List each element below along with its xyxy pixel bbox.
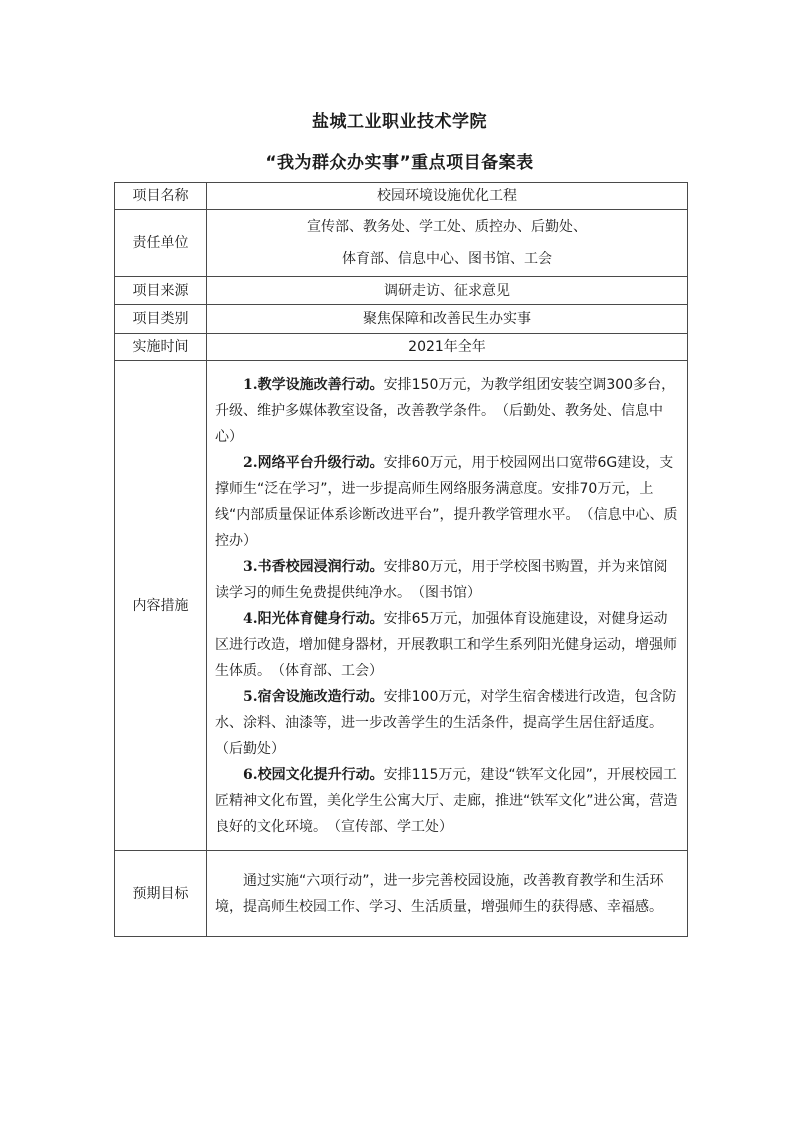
value-line: 调研走访、征求意见 xyxy=(207,278,687,304)
row-value: 宣传部、教务处、学工处、质控办、后勤处、 体育部、信息中心、图书馆、工会 xyxy=(207,210,688,277)
value-line: 校园环境设施优化工程 xyxy=(207,183,687,209)
table-row-implementation-time: 实施时间 2021年全年 xyxy=(115,334,688,361)
row-value: 聚焦保障和改善民生办实事 xyxy=(207,305,688,334)
table-row-expected-goal: 预期目标 通过实施“六项行动”，进一步完善校园设施，改善教育教学和生活环境，提高… xyxy=(115,851,688,937)
row-value: 校园环境设施优化工程 xyxy=(207,183,688,210)
measure-item: 1.教学设施改善行动。安排150万元，为教学组团安装空调300多台，升级、维护多… xyxy=(215,372,681,450)
measure-heading: 3.书香校园浸润行动。 xyxy=(243,559,384,575)
table-row-measures: 内容措施 1.教学设施改善行动。安排150万元，为教学组团安装空调300多台，升… xyxy=(115,361,688,851)
document-subtitle: “我为群众办实事”重点项目备案表 xyxy=(0,148,799,173)
table-row-project-category: 项目类别 聚焦保障和改善民生办实事 xyxy=(115,305,688,334)
row-label: 项目名称 xyxy=(115,183,207,210)
row-label: 项目来源 xyxy=(115,277,207,305)
filing-table: 项目名称 校园环境设施优化工程 责任单位 宣传部、教务处、学工处、质控办、后勤处… xyxy=(114,182,688,937)
measure-heading: 2.网络平台升级行动。 xyxy=(243,455,384,471)
measures-content: 1.教学设施改善行动。安排150万元，为教学组团安装空调300多台，升级、维护多… xyxy=(207,361,688,851)
goal-content: 通过实施“六项行动”，进一步完善校园设施，改善教育教学和生活环境，提高师生校园工… xyxy=(207,851,688,937)
row-label: 责任单位 xyxy=(115,210,207,277)
row-label: 预期目标 xyxy=(115,851,207,937)
table-row-project-name: 项目名称 校园环境设施优化工程 xyxy=(115,183,688,210)
value-line: 体育部、信息中心、图书馆、工会 xyxy=(207,243,687,275)
value-line: 聚焦保障和改善民生办实事 xyxy=(207,306,687,332)
row-value: 调研走访、征求意见 xyxy=(207,277,688,305)
row-value: 2021年全年 xyxy=(207,334,688,361)
value-line: 宣传部、教务处、学工处、质控办、后勤处、 xyxy=(207,211,687,243)
value-line: 2021年全年 xyxy=(207,334,687,360)
row-label: 实施时间 xyxy=(115,334,207,361)
measure-item: 2.网络平台升级行动。安排60万元，用于校园网出口宽带6G建设，支撑师生“泛在学… xyxy=(215,450,681,554)
goal-text: 通过实施“六项行动”，进一步完善校园设施，改善教育教学和生活环境，提高师生校园工… xyxy=(215,868,681,920)
table-row-responsible-units: 责任单位 宣传部、教务处、学工处、质控办、后勤处、 体育部、信息中心、图书馆、工… xyxy=(115,210,688,277)
measure-heading: 6.校园文化提升行动。 xyxy=(243,767,384,783)
table-row-project-source: 项目来源 调研走访、征求意见 xyxy=(115,277,688,305)
row-label: 内容措施 xyxy=(115,361,207,851)
measure-item: 6.校园文化提升行动。安排115万元，建设“铁军文化园”，开展校园工匠精神文化布… xyxy=(215,762,681,840)
measure-item: 3.书香校园浸润行动。安排80万元，用于学校图书购置，并为来馆阅读学习的师生免费… xyxy=(215,554,681,606)
measure-heading: 4.阳光体育健身行动。 xyxy=(243,611,384,627)
measure-heading: 1.教学设施改善行动。 xyxy=(243,377,384,393)
row-label: 项目类别 xyxy=(115,305,207,334)
measure-item: 4.阳光体育健身行动。安排65万元，加强体育设施建设，对健身运动区进行改造，增加… xyxy=(215,606,681,684)
document-title: 盐城工业职业技术学院 xyxy=(0,107,799,132)
measure-item: 5.宿舍设施改造行动。安排100万元，对学生宿舍楼进行改造，包含防水、涂料、油漆… xyxy=(215,684,681,762)
measure-heading: 5.宿舍设施改造行动。 xyxy=(243,689,384,705)
